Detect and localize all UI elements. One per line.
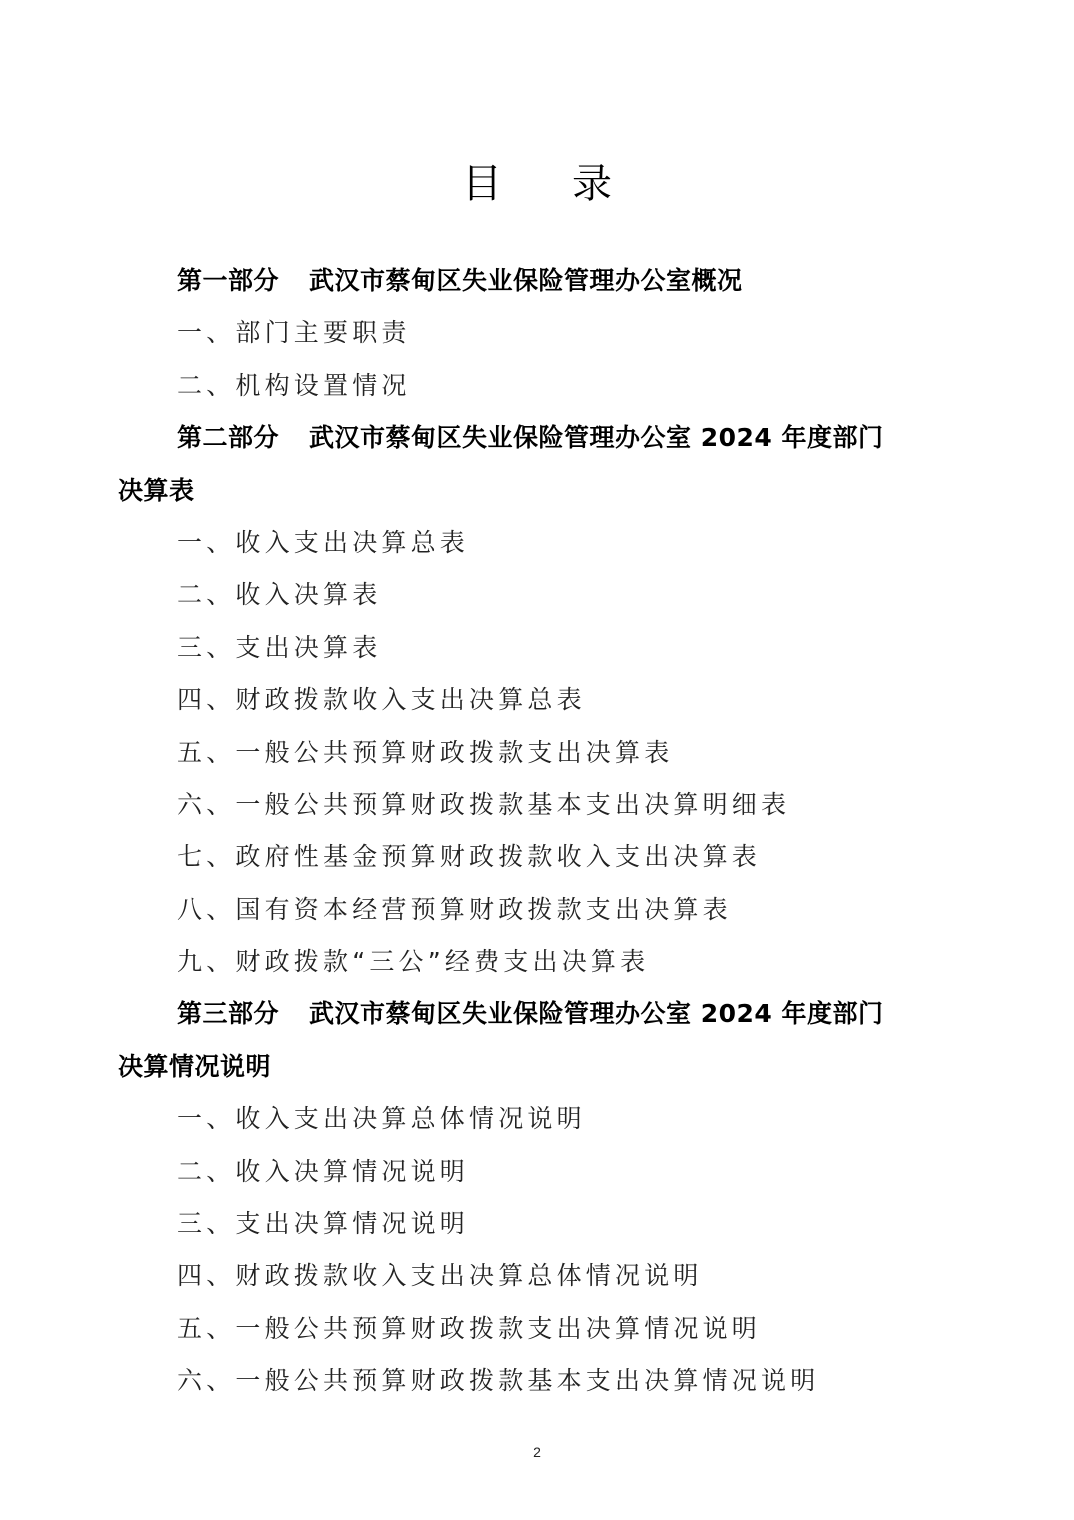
toc-item[interactable]: 一、收入支出决算总体情况说明 [118,1093,968,1145]
toc-part-heading-wrap: 决算表 [118,465,968,517]
toc-item[interactable]: 六、一般公共预算财政拨款基本支出决算明细表 [118,779,968,831]
toc-item[interactable]: 四、财政拨款收入支出决算总表 [118,674,968,726]
toc-part-heading-wrap: 决算情况说明 [118,1041,968,1093]
toc-item[interactable]: 二、机构设置情况 [118,360,968,412]
toc-item[interactable]: 七、政府性基金预算财政拨款收入支出决算表 [118,831,968,883]
toc-item[interactable]: 五、一般公共预算财政拨款支出决算情况说明 [118,1303,968,1355]
toc-item[interactable]: 一、收入支出决算总表 [118,517,968,569]
part-title: 武汉市蔡甸区失业保险管理办公室 2024 年度部门 [309,423,884,452]
toc-item[interactable]: 四、财政拨款收入支出决算总体情况说明 [118,1250,968,1302]
toc-item[interactable]: 三、支出决算表 [118,622,968,674]
toc-item[interactable]: 一、部门主要职责 [118,307,968,359]
page-title: 目录 [0,152,1074,209]
toc-item[interactable]: 三、支出决算情况说明 [118,1198,968,1250]
toc-item[interactable]: 二、收入决算表 [118,569,968,621]
title-char-1: 目 [462,161,572,207]
toc-item[interactable]: 六、一般公共预算财政拨款基本支出决算情况说明 [118,1355,968,1407]
part-label: 第三部分 [177,999,279,1028]
toc-item[interactable]: 八、国有资本经营预算财政拨款支出决算表 [118,884,968,936]
toc-item[interactable]: 二、收入决算情况说明 [118,1146,968,1198]
toc-part-heading[interactable]: 第一部分武汉市蔡甸区失业保险管理办公室概况 [118,255,968,307]
toc-item[interactable]: 九、财政拨款“三公”经费支出决算表 [118,936,968,988]
toc-item[interactable]: 五、一般公共预算财政拨款支出决算表 [118,727,968,779]
part-title: 武汉市蔡甸区失业保险管理办公室 2024 年度部门 [309,999,884,1028]
table-of-contents: 第一部分武汉市蔡甸区失业保险管理办公室概况 一、部门主要职责 二、机构设置情况 … [118,255,968,1408]
toc-part-heading[interactable]: 第二部分武汉市蔡甸区失业保险管理办公室 2024 年度部门 [118,412,968,464]
part-label: 第二部分 [177,423,279,452]
toc-part-heading[interactable]: 第三部分武汉市蔡甸区失业保险管理办公室 2024 年度部门 [118,988,968,1040]
part-title: 武汉市蔡甸区失业保险管理办公室概况 [309,266,743,295]
title-char-2: 录 [572,161,682,207]
part-label: 第一部分 [177,266,279,295]
page-number: 2 [0,1444,1074,1460]
